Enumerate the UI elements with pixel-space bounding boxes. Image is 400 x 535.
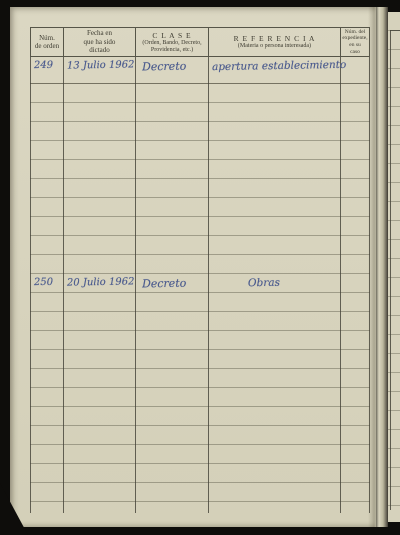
ledger-empty-row bbox=[30, 103, 370, 122]
ledger-empty-row bbox=[30, 236, 370, 255]
entry-num-orden: 250 bbox=[34, 277, 53, 288]
ledger-empty-row bbox=[30, 84, 370, 103]
ledger-empty-row bbox=[30, 217, 370, 236]
column-header-label: Fecha en que ha sido dictado bbox=[84, 29, 116, 54]
ledger-empty-row bbox=[30, 122, 370, 141]
ledger-empty-row bbox=[30, 445, 370, 464]
scanned-registry-screenshot: { "table": { "columns": [ { "header": "N… bbox=[0, 0, 400, 535]
ledger-empty-row bbox=[30, 369, 370, 388]
book-binding-crease bbox=[368, 7, 388, 527]
column-header-label: R E F E R E N C I A bbox=[234, 34, 316, 43]
handwritten-entry-row: 249 13 Julio 1962 Decreto apertura estab… bbox=[30, 60, 370, 82]
ledger-empty-row bbox=[30, 198, 370, 217]
table-header-row: Núm. de orden Fecha en que ha sido dicta… bbox=[30, 27, 370, 57]
ledger-empty-row bbox=[30, 179, 370, 198]
column-header-sublabel: (Materia o persona interesada) bbox=[238, 43, 311, 50]
entry-fecha: 13 Julio 1962 bbox=[67, 59, 135, 71]
entry-clase: Decreto bbox=[142, 60, 187, 74]
ledger-left-page: Núm. de orden Fecha en que ha sido dicta… bbox=[10, 7, 376, 527]
entry-num-orden: 249 bbox=[34, 60, 53, 71]
ledger-empty-row bbox=[30, 255, 370, 274]
ledger-empty-row bbox=[30, 312, 370, 331]
column-header-sublabel: (Orden, Bando, Decreto, Providencia, etc… bbox=[142, 40, 201, 54]
ledger-empty-row bbox=[30, 388, 370, 407]
registry-table: Núm. de orden Fecha en que ha sido dicta… bbox=[30, 27, 370, 513]
column-header-clase: C L A S E (Orden, Bando, Decreto, Provid… bbox=[136, 28, 209, 56]
column-header-referencia: R E F E R E N C I A (Materia o persona i… bbox=[209, 28, 341, 56]
ledger-empty-row bbox=[30, 407, 370, 426]
column-header-label: Núm. de orden bbox=[35, 34, 59, 51]
ledger-empty-row bbox=[30, 483, 370, 502]
ledger-empty-row bbox=[30, 464, 370, 483]
handwritten-entry-row: 250 20 Julio 1962 Decreto Obras bbox=[30, 277, 370, 299]
ledger-empty-row bbox=[30, 160, 370, 179]
column-header-fecha: Fecha en que ha sido dictado bbox=[64, 28, 136, 56]
column-header-label: C L A S E bbox=[152, 31, 191, 40]
column-header-label: Núm. del expediente, en su caso bbox=[342, 29, 367, 55]
next-page-table-border bbox=[390, 30, 391, 510]
column-header-num-expediente: Núm. del expediente, en su caso bbox=[341, 28, 369, 56]
entry-referencia: apertura establecimiento bbox=[212, 59, 346, 73]
ledger-empty-row bbox=[30, 426, 370, 445]
entry-clase: Decreto bbox=[142, 277, 187, 291]
ledger-empty-row bbox=[30, 331, 370, 350]
column-header-num-orden: Núm. de orden bbox=[31, 28, 64, 56]
ledger-empty-row bbox=[30, 350, 370, 369]
next-page-header-line bbox=[390, 30, 400, 31]
ledger-empty-row bbox=[30, 141, 370, 160]
entry-referencia: Obras bbox=[248, 277, 280, 290]
entry-fecha: 20 Julio 1962 bbox=[67, 276, 135, 288]
ledger-right-page-sliver bbox=[388, 12, 400, 522]
